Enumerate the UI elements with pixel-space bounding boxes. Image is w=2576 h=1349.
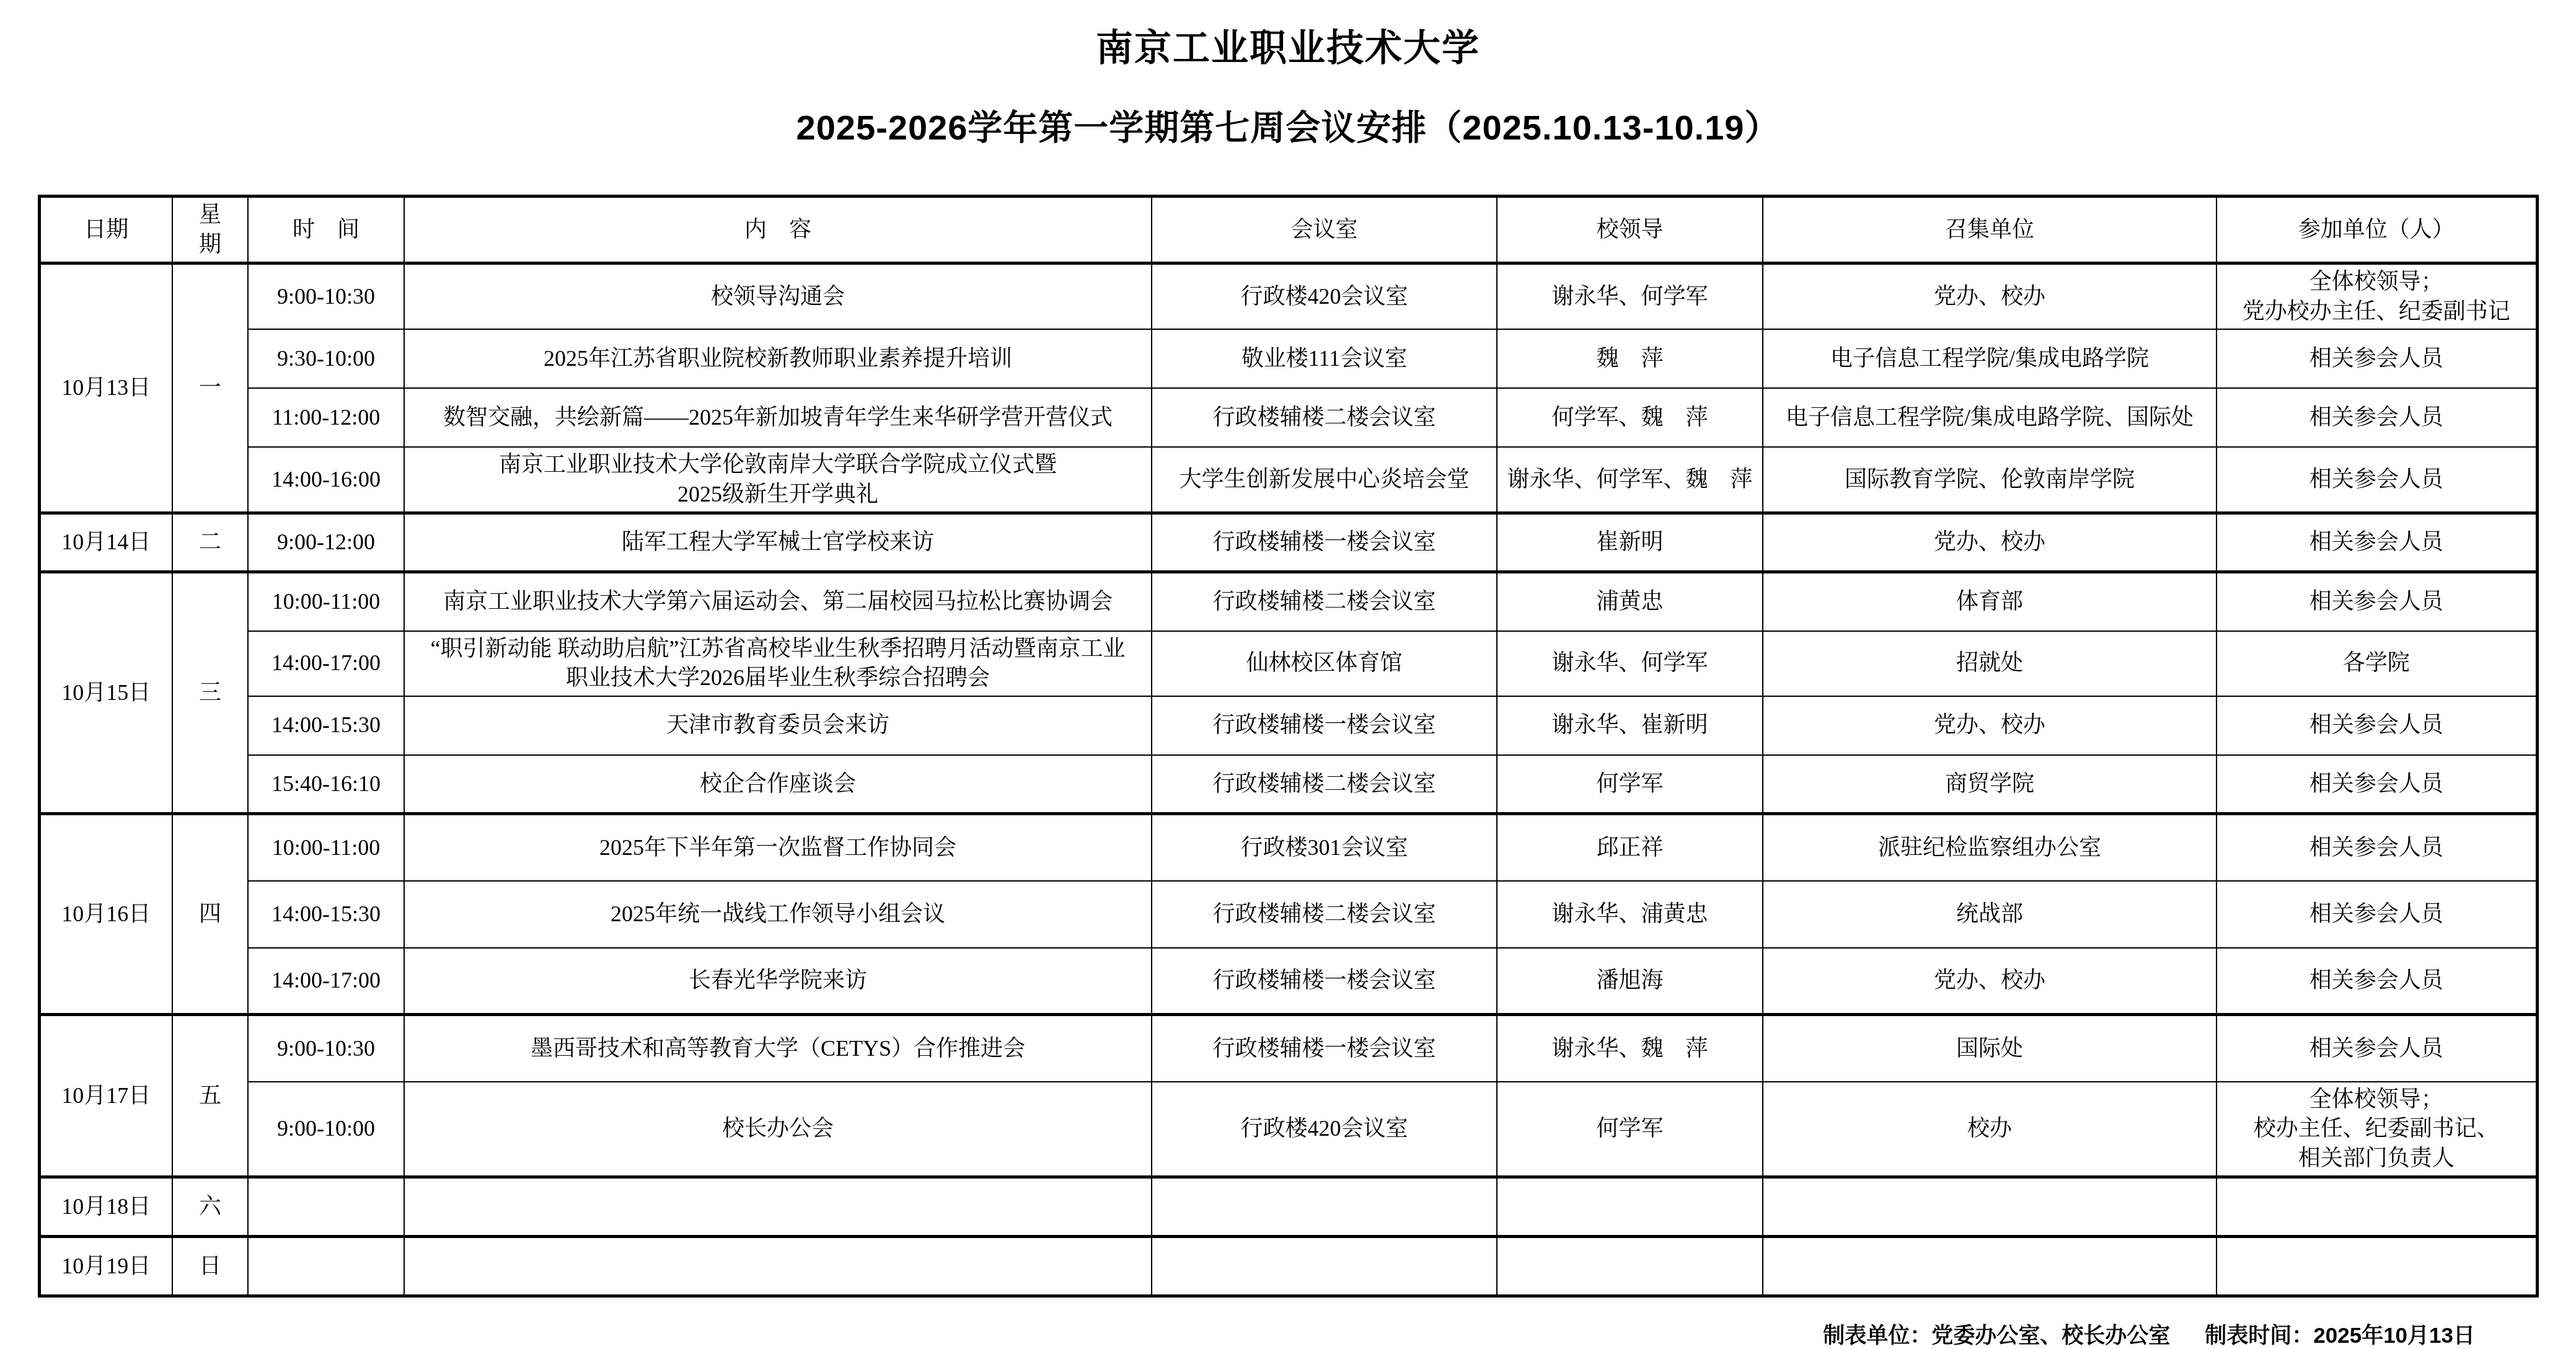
time-cell: 14:00-15:30: [248, 696, 404, 755]
time-cell: 9:00-10:00: [248, 1082, 404, 1177]
time-cell: 14:00-17:00: [248, 948, 404, 1015]
page-title: 南京工业职业技术大学: [0, 19, 2576, 72]
participants-cell: 相关参会人员: [2217, 948, 2537, 1015]
participants-cell: 各学院: [2217, 631, 2537, 696]
leaders-cell: 谢永华、何学军: [1497, 263, 1763, 330]
room-cell: 行政楼辅楼一楼会议室: [1152, 1015, 1497, 1082]
table-row: 10月14日 二 9:00-12:00 陆军工程大学军械士官学校来访 行政楼辅楼…: [39, 513, 2537, 572]
content-cell: 校领导沟通会: [404, 263, 1152, 330]
table-header-row: 日期 星 期 时 间 内 容 会议室 校领导 召集单位 参加单位（人）: [39, 197, 2537, 263]
participants-cell: 相关参会人员: [2217, 329, 2537, 388]
weekday-cell: 四: [172, 814, 248, 1015]
room-cell: 行政楼辅楼二楼会议室: [1152, 572, 1497, 631]
content-cell: 2025年统一战线工作领导小组会议: [404, 881, 1152, 948]
organizer-cell: 党办、校办: [1763, 263, 2217, 330]
table-row: 14:00-15:30 天津市教育委员会来访 行政楼辅楼一楼会议室 谢永华、崔新…: [39, 696, 2537, 755]
room-cell: 行政楼420会议室: [1152, 263, 1497, 330]
organizer-cell: 电子信息工程学院/集成电路学院: [1763, 329, 2217, 388]
table-row: 14:00-16:00 南京工业职业技术大学伦敦南岸大学联合学院成立仪式暨 20…: [39, 447, 2537, 513]
col-header-date: 日期: [39, 197, 172, 263]
room-cell: 行政楼辅楼二楼会议室: [1152, 881, 1497, 948]
leaders-cell: [1497, 1237, 1763, 1296]
organizer-cell: 国际处: [1763, 1015, 2217, 1082]
participants-cell: 全体校领导； 校办主任、纪委副书记、 相关部门负责人: [2217, 1082, 2537, 1177]
leaders-cell: 何学军: [1497, 1082, 1763, 1177]
date-cell: 10月15日: [39, 572, 172, 814]
organizer-cell: 校办: [1763, 1082, 2217, 1177]
time-cell: 10:00-11:00: [248, 814, 404, 881]
table-row: 14:00-15:30 2025年统一战线工作领导小组会议 行政楼辅楼二楼会议室…: [39, 881, 2537, 948]
time-cell: 10:00-11:00: [248, 572, 404, 631]
organizer-cell: 招就处: [1763, 631, 2217, 696]
col-header-leaders: 校领导: [1497, 197, 1763, 263]
table-row: 9:00-10:00 校长办公会 行政楼420会议室 何学军 校办 全体校领导；…: [39, 1082, 2537, 1177]
organizer-cell: [1763, 1177, 2217, 1237]
date-cell: 10月18日: [39, 1177, 172, 1237]
organizer-cell: 商贸学院: [1763, 755, 2217, 814]
participants-cell: 相关参会人员: [2217, 696, 2537, 755]
col-header-organizer: 召集单位: [1763, 197, 2217, 263]
organizer-cell: 党办、校办: [1763, 948, 2217, 1015]
time-cell: 14:00-15:30: [248, 881, 404, 948]
table-row: 10月18日 六: [39, 1177, 2537, 1237]
leaders-cell: 谢永华、何学军、魏 萍: [1497, 447, 1763, 513]
leaders-cell: [1497, 1177, 1763, 1237]
footer-text: 制表单位：党委办公室、校长办公室制表时间：2025年10月13日: [1823, 1319, 2475, 1349]
participants-cell: 相关参会人员: [2217, 388, 2537, 447]
weekday-cell: 五: [172, 1015, 248, 1177]
room-cell: 行政楼辅楼二楼会议室: [1152, 755, 1497, 814]
participants-cell: 相关参会人员: [2217, 572, 2537, 631]
content-cell: 2025年江苏省职业院校新教师职业素养提升培训: [404, 329, 1152, 388]
time-cell: 9:00-12:00: [248, 513, 404, 572]
participants-cell: [2217, 1237, 2537, 1296]
leaders-cell: 谢永华、浦黄忠: [1497, 881, 1763, 948]
leaders-cell: 谢永华、何学军: [1497, 631, 1763, 696]
table-row: 10月15日 三 10:00-11:00 南京工业职业技术大学第六届运动会、第二…: [39, 572, 2537, 631]
room-cell: [1152, 1237, 1497, 1296]
leaders-cell: 魏 萍: [1497, 329, 1763, 388]
organizer-cell: [1763, 1237, 2217, 1296]
organizer-cell: 体育部: [1763, 572, 2217, 631]
page-subtitle: 2025-2026学年第一学期第七周会议安排（2025.10.13-10.19）: [0, 100, 2576, 150]
room-cell: 行政楼辅楼一楼会议室: [1152, 948, 1497, 1015]
participants-cell: 相关参会人员: [2217, 881, 2537, 948]
time-cell: 15:40-16:10: [248, 755, 404, 814]
date-cell: 10月13日: [39, 263, 172, 513]
organizer-cell: 统战部: [1763, 881, 2217, 948]
weekday-cell: 三: [172, 572, 248, 814]
content-cell: 数智交融，共绘新篇——2025年新加坡青年学生来华研学营开营仪式: [404, 388, 1152, 447]
table-row: 9:30-10:00 2025年江苏省职业院校新教师职业素养提升培训 敬业楼11…: [39, 329, 2537, 388]
footer-time: 制表时间：2025年10月13日: [2205, 1324, 2475, 1348]
date-cell: 10月14日: [39, 513, 172, 572]
room-cell: 行政楼301会议室: [1152, 814, 1497, 881]
room-cell: 行政楼辅楼二楼会议室: [1152, 388, 1497, 447]
content-cell: 2025年下半年第一次监督工作协同会: [404, 814, 1152, 881]
table-row: 10月19日 日: [39, 1237, 2537, 1296]
date-cell: 10月19日: [39, 1237, 172, 1296]
leaders-cell: 崔新明: [1497, 513, 1763, 572]
participants-cell: 相关参会人员: [2217, 1015, 2537, 1082]
schedule-table: 日期 星 期 时 间 内 容 会议室 校领导 召集单位 参加单位（人） 10月1…: [38, 195, 2539, 1298]
content-cell: 南京工业职业技术大学伦敦南岸大学联合学院成立仪式暨 2025级新生开学典礼: [404, 447, 1152, 513]
organizer-cell: 电子信息工程学院/集成电路学院、国际处: [1763, 388, 2217, 447]
footer-unit: 制表单位：党委办公室、校长办公室: [1823, 1324, 2170, 1348]
participants-cell: 全体校领导； 党办校办主任、纪委副书记: [2217, 263, 2537, 330]
room-cell: 行政楼420会议室: [1152, 1082, 1497, 1177]
col-header-time: 时 间: [248, 197, 404, 263]
leaders-cell: 何学军: [1497, 755, 1763, 814]
time-cell: 9:00-10:30: [248, 1015, 404, 1082]
time-cell: [248, 1177, 404, 1237]
weekday-cell: 六: [172, 1177, 248, 1237]
time-cell: 9:30-10:00: [248, 329, 404, 388]
content-cell: 长春光华学院来访: [404, 948, 1152, 1015]
col-header-room: 会议室: [1152, 197, 1497, 263]
table-row: 10月13日 一 9:00-10:30 校领导沟通会 行政楼420会议室 谢永华…: [39, 263, 2537, 330]
participants-cell: 相关参会人员: [2217, 755, 2537, 814]
content-cell: [404, 1177, 1152, 1237]
room-cell: [1152, 1177, 1497, 1237]
organizer-cell: 派驻纪检监察组办公室: [1763, 814, 2217, 881]
table-row: 10月17日 五 9:00-10:30 墨西哥技术和高等教育大学（CETYS）合…: [39, 1015, 2537, 1082]
content-cell: “职引新动能 联动助启航”江苏省高校毕业生秋季招聘月活动暨南京工业 职业技术大学…: [404, 631, 1152, 696]
table-row: 11:00-12:00 数智交融，共绘新篇——2025年新加坡青年学生来华研学营…: [39, 388, 2537, 447]
content-cell: 校长办公会: [404, 1082, 1152, 1177]
col-header-participants: 参加单位（人）: [2217, 197, 2537, 263]
leaders-cell: 潘旭海: [1497, 948, 1763, 1015]
date-cell: 10月16日: [39, 814, 172, 1015]
leaders-cell: 何学军、魏 萍: [1497, 388, 1763, 447]
room-cell: 行政楼辅楼一楼会议室: [1152, 696, 1497, 755]
time-cell: [248, 1237, 404, 1296]
time-cell: 14:00-17:00: [248, 631, 404, 696]
weekday-cell: 二: [172, 513, 248, 572]
date-cell: 10月17日: [39, 1015, 172, 1177]
table-row: 15:40-16:10 校企合作座谈会 行政楼辅楼二楼会议室 何学军 商贸学院 …: [39, 755, 2537, 814]
organizer-cell: 国际教育学院、伦敦南岸学院: [1763, 447, 2217, 513]
table-footer: 制表单位：党委办公室、校长办公室制表时间：2025年10月13日: [39, 1319, 2537, 1349]
participants-cell: 相关参会人员: [2217, 814, 2537, 881]
leaders-cell: 浦黄忠: [1497, 572, 1763, 631]
participants-cell: [2217, 1177, 2537, 1237]
table-row: 14:00-17:00 “职引新动能 联动助启航”江苏省高校毕业生秋季招聘月活动…: [39, 631, 2537, 696]
time-cell: 14:00-16:00: [248, 447, 404, 513]
room-cell: 行政楼辅楼一楼会议室: [1152, 513, 1497, 572]
leaders-cell: 邱正祥: [1497, 814, 1763, 881]
weekday-cell: 一: [172, 263, 248, 513]
content-cell: 天津市教育委员会来访: [404, 696, 1152, 755]
weekday-cell: 日: [172, 1237, 248, 1296]
participants-cell: 相关参会人员: [2217, 513, 2537, 572]
table-row: 14:00-17:00 长春光华学院来访 行政楼辅楼一楼会议室 潘旭海 党办、校…: [39, 948, 2537, 1015]
content-cell: 墨西哥技术和高等教育大学（CETYS）合作推进会: [404, 1015, 1152, 1082]
content-cell: [404, 1237, 1152, 1296]
room-cell: 仙林校区体育馆: [1152, 631, 1497, 696]
room-cell: 敬业楼111会议室: [1152, 329, 1497, 388]
table-row: 10月16日 四 10:00-11:00 2025年下半年第一次监督工作协同会 …: [39, 814, 2537, 881]
leaders-cell: 谢永华、崔新明: [1497, 696, 1763, 755]
content-cell: 校企合作座谈会: [404, 755, 1152, 814]
col-header-content: 内 容: [404, 197, 1152, 263]
content-cell: 南京工业职业技术大学第六届运动会、第二届校园马拉松比赛协调会: [404, 572, 1152, 631]
room-cell: 大学生创新发展中心炎培会堂: [1152, 447, 1497, 513]
organizer-cell: 党办、校办: [1763, 696, 2217, 755]
time-cell: 9:00-10:30: [248, 263, 404, 330]
organizer-cell: 党办、校办: [1763, 513, 2217, 572]
content-cell: 陆军工程大学军械士官学校来访: [404, 513, 1152, 572]
participants-cell: 相关参会人员: [2217, 447, 2537, 513]
leaders-cell: 谢永华、魏 萍: [1497, 1015, 1763, 1082]
time-cell: 11:00-12:00: [248, 388, 404, 447]
meeting-schedule-page: 南京工业职业技术大学 2025-2026学年第一学期第七周会议安排（2025.1…: [0, 0, 2576, 1349]
col-header-weekday: 星 期: [172, 197, 248, 263]
